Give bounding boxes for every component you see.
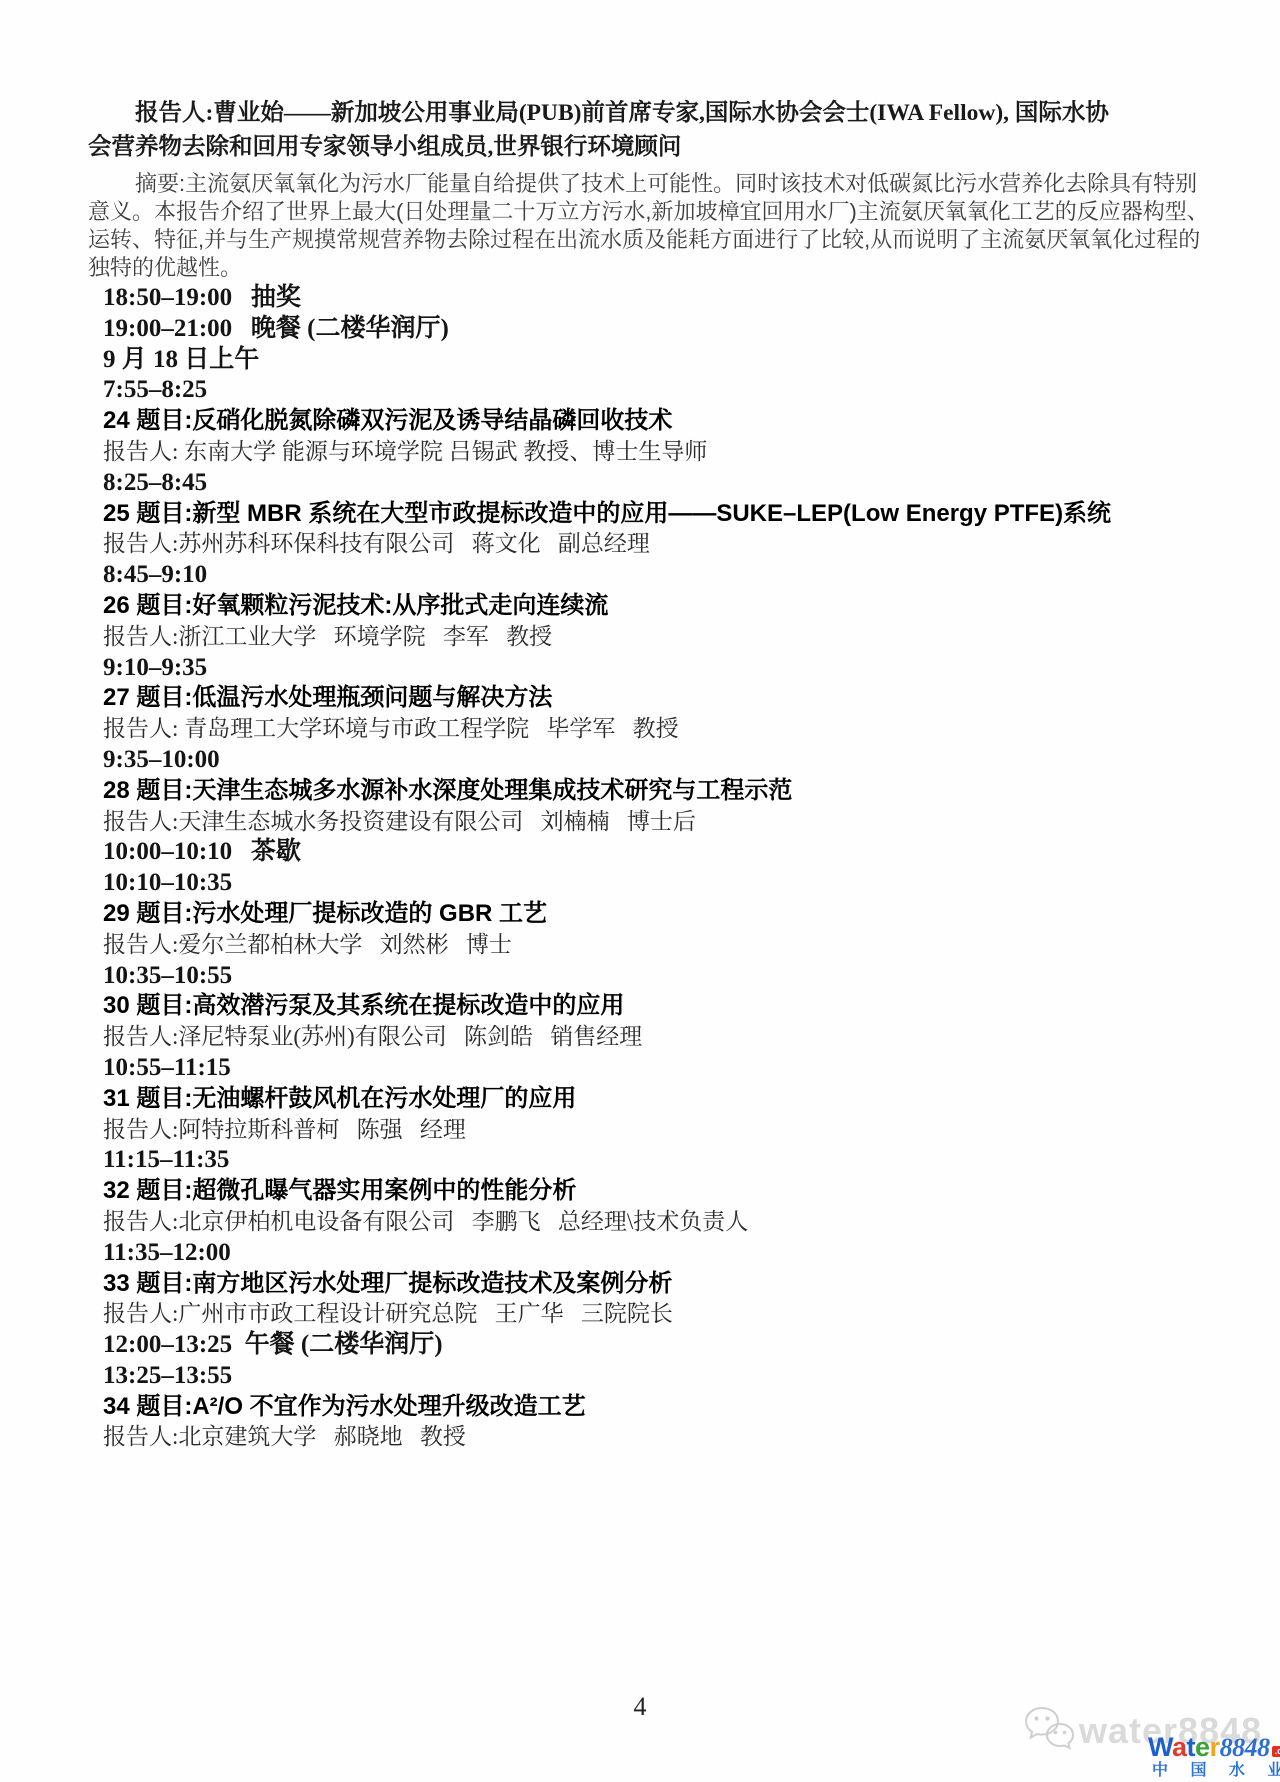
schedule-line-time: 10:35–10:55 <box>103 961 1192 992</box>
schedule-line-time: 18:50–19:00 抽奖 <box>103 283 1192 314</box>
schedule-line-title: 28 题目:天津生态城多水源补水深度处理集成技术研究与工程示范 <box>103 776 1192 807</box>
schedule-line-time: 8:25–8:45 <box>103 468 1192 499</box>
schedule-line-title: 30 题目:高效潜污泵及其系统在提标改造中的应用 <box>103 991 1192 1022</box>
paragraph-line: 意义。本报告介绍了世界上最大(日处理量二十万立方污水,新加坡樟宜回用水厂)主流氨… <box>88 198 1192 226</box>
abstract-paragraph: 摘要:主流氨厌氧氧化为污水厂能量自给提供了技术上可能性。同时该技术对低碳氮比污水… <box>88 170 1192 282</box>
schedule-line-time: 13:25–13:55 <box>103 1361 1192 1392</box>
schedule-line-speaker: 报告人: 青岛理工大学环境与市政工程学院 毕学军 教授 <box>103 714 1192 745</box>
schedule-line-title: 27 题目:低温污水处理瓶颈问题与解决方法 <box>103 683 1192 714</box>
schedule-line-time: 11:35–12:00 <box>103 1238 1192 1269</box>
schedule-line-speaker: 报告人:广州市市政工程设计研究总院 王广华 三院院长 <box>103 1299 1192 1330</box>
page-content: 报告人:曹业始——新加坡公用事业局(PUB)前首席专家,国际水协会会士(IWA … <box>88 96 1192 1453</box>
schedule-line-speaker: 报告人:苏州苏科环保科技有限公司 蒋文化 副总经理 <box>103 529 1192 560</box>
schedule-line-title: 33 题目:南方地区污水处理厂提标改造技术及案例分析 <box>103 1269 1192 1300</box>
paragraph-line: 运转、特征,并与生产规摸常规营养物去除过程在出流水质及能耗方面进行了比较,从而说… <box>88 226 1192 254</box>
schedule-line-time: 10:55–11:15 <box>103 1053 1192 1084</box>
speaker-intro-paragraph: 报告人:曹业始——新加坡公用事业局(PUB)前首席专家,国际水协会会士(IWA … <box>88 96 1192 164</box>
paragraph-line: 会营养物去除和回用专家领导小组成员,世界银行环境顾问 <box>88 130 1192 164</box>
schedule-line-time: 7:55–8:25 <box>103 375 1192 406</box>
schedule-line-speaker: 报告人:爱尔兰都柏林大学 刘然彬 博士 <box>103 930 1192 961</box>
schedule-line-speaker: 报告人: 东南大学 能源与环境学院 吕锡武 教授、博士生导师 <box>103 437 1192 468</box>
site-name: 中 国 水 业 网 <box>1152 1757 1280 1780</box>
paragraph-line: 摘要:主流氨厌氧氧化为污水厂能量自给提供了技术上可能性。同时该技术对低碳氮比污水… <box>88 170 1192 198</box>
schedule-line-title: 29 题目:污水处理厂提标改造的 GBR 工艺 <box>103 899 1192 930</box>
schedule-line-title: 32 题目:超微孔曝气器实用案例中的性能分析 <box>103 1176 1192 1207</box>
paragraph-line: 报告人:曹业始——新加坡公用事业局(PUB)前首席专家,国际水协会会士(IWA … <box>88 96 1192 130</box>
schedule-line-title: 25 题目:新型 MBR 系统在大型市政提标改造中的应用——SUKE–LEP(L… <box>103 499 1192 530</box>
paragraph-line: 独特的优越性。 <box>88 254 1192 282</box>
schedule-line-time: 11:15–11:35 <box>103 1145 1192 1176</box>
schedule-line-title: 34 题目:A²/O 不宜作为污水处理升级改造工艺 <box>103 1392 1192 1423</box>
schedule-line-time: 10:10–10:35 <box>103 868 1192 899</box>
schedule-line-speaker: 报告人:北京伊柏机电设备有限公司 李鹏飞 总经理\技术负责人 <box>103 1207 1192 1238</box>
schedule-line-title: 24 题目:反硝化脱氮除磷双污泥及诱导结晶磷回收技术 <box>103 406 1192 437</box>
schedule-line-date: 9 月 18 日上午 <box>103 345 1192 376</box>
schedule-line-speaker: 报告人:泽尼特泵业(苏州)有限公司 陈剑皓 销售经理 <box>103 1022 1192 1053</box>
schedule-line-time: 19:00–21:00 晚餐 (二楼华润厅) <box>103 314 1192 345</box>
schedule-line-speaker: 报告人:浙江工业大学 环境学院 李军 教授 <box>103 622 1192 653</box>
schedule-line-title: 31 题目:无油螺杆鼓风机在污水处理厂的应用 <box>103 1084 1192 1115</box>
schedule-line-time: 12:00–13:25 午餐 (二楼华润厅) <box>103 1330 1192 1361</box>
schedule-line-time: 10:00–10:10 茶歇 <box>103 837 1192 868</box>
schedule-line-speaker: 报告人:天津生态城水务投资建设有限公司 刘楠楠 博士后 <box>103 807 1192 838</box>
schedule-list: 18:50–19:00 抽奖19:00–21:00 晚餐 (二楼华润厅)9 月 … <box>88 283 1192 1453</box>
wechat-icon <box>1022 1704 1076 1752</box>
schedule-line-speaker: 报告人:北京建筑大学 郝晓地 教授 <box>103 1422 1192 1453</box>
logo-com-badge: .com <box>1272 1746 1280 1757</box>
schedule-line-title: 26 题目:好氧颗粒污泥技术:从序批式走向连续流 <box>103 591 1192 622</box>
schedule-line-time: 8:45–9:10 <box>103 560 1192 591</box>
document-page: 报告人:曹业始——新加坡公用事业局(PUB)前首席专家,国际水协会会士(IWA … <box>0 0 1280 1782</box>
schedule-line-time: 9:35–10:00 <box>103 745 1192 776</box>
schedule-line-speaker: 报告人:阿特拉斯科普柯 陈强 经理 <box>103 1115 1192 1146</box>
schedule-line-time: 9:10–9:35 <box>103 653 1192 684</box>
